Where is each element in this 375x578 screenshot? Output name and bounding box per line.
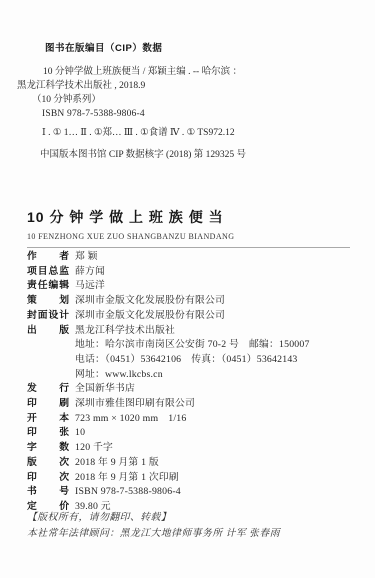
row-value: 马远洋 — [75, 279, 105, 294]
row-cover-design: 封面设计 深圳市金版文化发展股份有限公司 — [27, 309, 367, 324]
cip-classification-line: Ⅰ . ① 1… Ⅱ . ①郑… Ⅲ . ①食谱 Ⅳ . ① TS972.12 — [17, 126, 357, 140]
legal-counsel-line: 本社常年法律顾问：黑龙江大地律师事务所 计军 张春雨 — [27, 526, 367, 542]
row-edition: 版次 2018 年 9 月第 1 版 — [27, 456, 367, 471]
row-value: 10 — [75, 426, 85, 441]
title-divider — [27, 247, 350, 248]
row-phone-fax: 电话：（0451）53642106 传真：（0451）53642143 — [27, 353, 367, 368]
row-label: 发行 — [27, 382, 69, 397]
book-title: 10 分 钟 学 做 上 班 族 便 当 — [27, 208, 357, 226]
row-value: 2018 年 9 月第 1 次印刷 — [75, 471, 179, 486]
row-value: 2018 年 9 月第 1 版 — [75, 456, 159, 471]
cip-series-line: （10 分钟系列） — [17, 93, 357, 107]
row-format: 开本 723 mm × 1020 mm 1/16 — [27, 412, 367, 427]
row-value: 薛方闻 — [75, 265, 105, 280]
row-label: 字数 — [27, 441, 69, 456]
row-address: 地址：哈尔滨市南岗区公安街 70-2 号 邮编：150007 — [27, 338, 367, 353]
title-block: 10 分 钟 学 做 上 班 族 便 当 10 FENZHONG XUE ZUO… — [27, 208, 357, 248]
row-label — [27, 368, 69, 383]
row-label: 书号 — [27, 485, 69, 500]
row-project-director: 项目总监 薛方闻 — [27, 265, 367, 280]
row-value: 深圳市金版文化发展股份有限公司 — [75, 294, 225, 309]
colophon-table: 作者 郑 颖 项目总监 薛方闻 责任编辑 马远洋 策划 深圳市金版文化发展股份有… — [27, 250, 367, 515]
cip-publisher-line: 黑龙江科学技术出版社 , 2018.9 — [17, 79, 357, 93]
row-value: 电话：（0451）53642106 传真：（0451）53642143 — [75, 353, 298, 368]
row-sheets: 印张 10 — [27, 426, 367, 441]
row-value: 全国新华书店 — [75, 382, 135, 397]
row-label: 作者 — [27, 250, 69, 265]
row-impression: 印次 2018 年 9 月第 1 次印刷 — [27, 471, 367, 486]
row-value: 120 千字 — [75, 441, 113, 456]
row-planning: 策划 深圳市金版文化发展股份有限公司 — [27, 294, 367, 309]
cip-header: 图书在版编目（CIP）数据 — [17, 42, 357, 56]
row-value: 网址：www.lkcbs.cn — [75, 368, 163, 383]
row-label: 封面设计 — [27, 309, 69, 324]
row-value: 深圳市雅佳图印刷有限公司 — [75, 397, 195, 412]
row-author: 作者 郑 颖 — [27, 250, 367, 265]
row-label: 开本 — [27, 412, 69, 427]
row-value: 723 mm × 1020 mm 1/16 — [75, 412, 187, 427]
row-label: 版次 — [27, 456, 69, 471]
row-website: 网址：www.lkcbs.cn — [27, 368, 367, 383]
cip-isbn-line: ISBN 978-7-5388-9806-4 — [17, 107, 357, 121]
row-value: 深圳市金版文化发展股份有限公司 — [75, 309, 225, 324]
book-title-pinyin: 10 FENZHONG XUE ZUO SHANGBANZU BIANDANG — [27, 232, 357, 242]
row-value: ISBN 978-7-5388-9806-4 — [75, 485, 181, 500]
row-label: 责任编辑 — [27, 279, 69, 294]
row-label — [27, 353, 69, 368]
row-label — [27, 338, 69, 353]
row-printing: 印刷 深圳市雅佳图印刷有限公司 — [27, 397, 367, 412]
row-label: 印张 — [27, 426, 69, 441]
row-value: 黑龙江科学技术出版社 — [75, 324, 175, 339]
copyright-notice: 【版权所有，请勿翻印、转载】 — [27, 510, 367, 526]
row-value: 郑 颖 — [75, 250, 98, 265]
row-value: 地址：哈尔滨市南岗区公安街 70-2 号 邮编：150007 — [75, 338, 310, 353]
row-word-count: 字数 120 千字 — [27, 441, 367, 456]
row-label: 项目总监 — [27, 265, 69, 280]
row-publisher: 出版 黑龙江科学技术出版社 — [27, 324, 367, 339]
row-label: 策划 — [27, 294, 69, 309]
row-label: 印刷 — [27, 397, 69, 412]
row-isbn: 书号 ISBN 978-7-5388-9806-4 — [27, 485, 367, 500]
cip-title-line: 10 分钟学做上班族便当 / 郑颖主编 . -- 哈尔滨 ： — [17, 65, 357, 79]
row-editor: 责任编辑 马远洋 — [27, 279, 367, 294]
cip-block: 图书在版编目（CIP）数据 10 分钟学做上班族便当 / 郑颖主编 . -- 哈… — [17, 42, 357, 162]
row-label: 出版 — [27, 324, 69, 339]
copyright-page: 图书在版编目（CIP）数据 10 分钟学做上班族便当 / 郑颖主编 . -- 哈… — [0, 0, 375, 578]
cip-record-number-line: 中国版本图书馆 CIP 数据核字 (2018) 第 129325 号 — [17, 148, 357, 162]
legal-footer: 【版权所有，请勿翻印、转载】 本社常年法律顾问：黑龙江大地律师事务所 计军 张春… — [27, 510, 367, 541]
row-distribution: 发行 全国新华书店 — [27, 382, 367, 397]
row-label: 印次 — [27, 471, 69, 486]
